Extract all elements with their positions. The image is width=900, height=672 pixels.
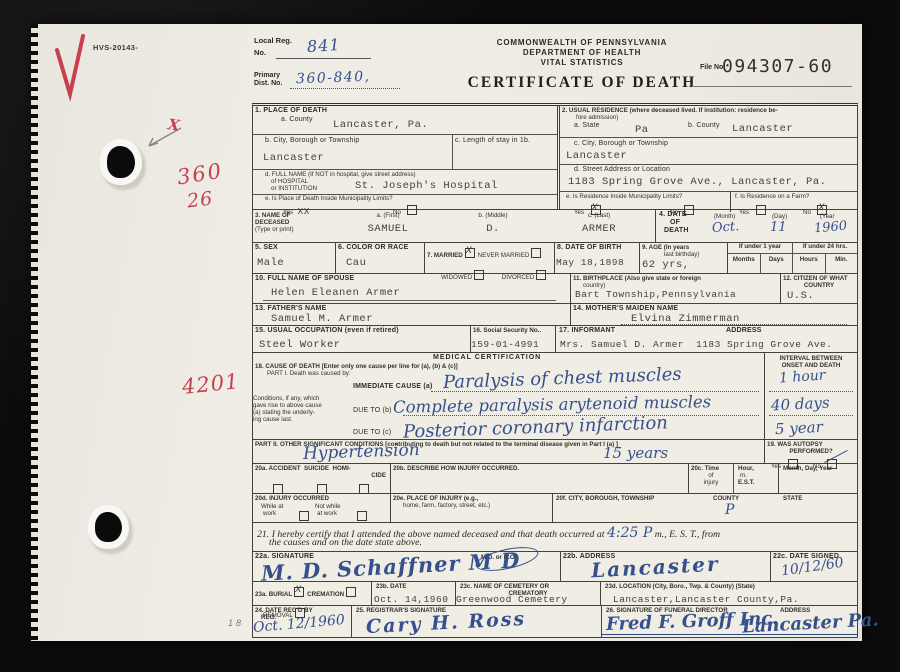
part2-interval: 15 years <box>603 444 668 462</box>
section-7-marital-status: 7. MARRIEDXNEVER MARRIED WIDOWED DIVORCE… <box>424 243 554 273</box>
s6-value: Cau <box>336 253 424 269</box>
s20f-label: 20f. CITY, BOROUGH, TOWNSHIP <box>556 495 654 502</box>
row-part2-autopsy: PART II. OTHER SIGNIFICANT CONDITIONS [c… <box>253 440 857 464</box>
s20c-injury-label: injury <box>689 479 733 486</box>
s7-married-label: 7. MARRIED <box>427 252 463 259</box>
s9-months-label: Months <box>733 256 755 263</box>
primary-dist-label: Primary Dist. No. <box>254 72 282 88</box>
s20f-stray-mark: P <box>725 502 734 518</box>
s11-value: Bart Township,Pennsylvania <box>575 289 736 300</box>
form-code: HVS-20143- <box>93 43 138 52</box>
s6-title: 6. COLOR OR RACE <box>336 243 424 253</box>
row-name-dateofdeath: 3. NAME OF DECEASED (Type or print) a. (… <box>253 210 857 243</box>
part2-conditions: PART II. OTHER SIGNIFICANT CONDITIONS [c… <box>253 440 764 463</box>
s4-month-value: Oct. <box>712 219 740 236</box>
s20a-suicide-checkbox <box>317 484 327 494</box>
section-21-certify: 21. I hereby certify that I attended the… <box>253 523 857 552</box>
s2b-value: Lancaster <box>732 123 793 135</box>
row-sex-race-marital-birth-age: 5. SEX Male 6. COLOR OR RACE Cau 7. MARR… <box>253 243 857 274</box>
s21-text-3: the causes and on the date state above. <box>269 537 422 548</box>
s26-pen-underline <box>602 634 857 635</box>
s2e-label: e. Is Residence Inside Municipality Limi… <box>566 193 682 200</box>
s3c-label: c. (Last) <box>543 212 655 219</box>
section-26-funeral-director: 26. SIGNATURE OF FUNERAL DIRECTOR ADDRES… <box>601 606 857 637</box>
s20c-of-label: of <box>689 472 733 479</box>
section-15-occupation: 15. USUAL OCCUPATION (even if retired) S… <box>253 326 470 352</box>
s19-label-2: PERFORMED? <box>789 448 832 455</box>
s23c-value: Greenwood Cemetery <box>456 594 568 605</box>
row-place-residence: 1. PLACE OF DEATH a. County Lancaster, P… <box>253 106 857 210</box>
cause-c-value: Posterior coronary infarction <box>403 412 668 442</box>
s4-title1: 4. DATE <box>659 211 687 218</box>
section-12-citizen: 12. CITIZEN OF WHAT COUNTRY U.S. <box>780 274 857 303</box>
s4-day-value: 11 <box>770 220 787 235</box>
interval-column: INTERVAL BETWEEN ONSET AND DEATH 1 hour … <box>764 353 857 439</box>
scan-background: HVS-20143- X 360 26 4201 18 Local Reg. N… <box>0 0 900 672</box>
s3a-label: a. (First) <box>333 212 443 219</box>
s18-note-3: (a) stating the underly- <box>253 409 315 416</box>
s18-note-1: Conditions, if any, which <box>253 395 319 402</box>
s7-never-checkbox <box>531 248 541 258</box>
s2a-label: a. State <box>574 122 600 131</box>
s20a-homi-label: HOMI- <box>333 465 351 472</box>
s7-never-label: NEVER MARRIED <box>478 252 530 259</box>
s4-title2: OF <box>670 219 680 226</box>
s23b-label: 23b. DATE <box>376 583 406 590</box>
section-25-registrar-signature: 25. REGISTRAR'S SIGNATURE Cary H. Ross <box>351 606 601 637</box>
cause-a-value: Paralysis of chest muscles <box>443 364 682 393</box>
s9-days-label: Days <box>769 256 784 263</box>
s1a-label: a. County <box>281 116 313 125</box>
section-20b-describe-injury: 20b. DESCRIBE HOW INJURY OCCURRED. <box>390 464 688 493</box>
row-23-burial: 23a. BURIALXCREMATION REMOVAL 23b. DATE … <box>253 582 857 606</box>
immediate-cause-label: IMMEDIATE CAUSE (a) <box>353 383 433 390</box>
s23a-burial-mark: X <box>295 585 301 596</box>
primary-dist-value: 360-840, <box>296 69 371 88</box>
local-reg-line <box>276 58 371 59</box>
s23a-burial-label: 23a. BURIAL <box>255 591 292 598</box>
s18-side-note: Conditions, if any, which gave rise to a… <box>253 395 347 423</box>
s23a-burial-checkbox: X <box>294 587 304 597</box>
s20d-notwhile-2: at work <box>317 510 337 517</box>
s3-title3: (Type or print) <box>255 226 333 233</box>
s17-address-value: 1183 Spring Grove Ave. <box>696 339 832 350</box>
section-18-medical-certification: INTERVAL BETWEEN ONSET AND DEATH 1 hour … <box>253 353 857 440</box>
s12-value: U.S. <box>787 290 814 302</box>
medical-certification-title: MEDICAL CERTIFICATION <box>433 354 541 361</box>
section-9-age: 9. AGE (In years last birthday) 62 yrs, <box>639 243 727 273</box>
section-20c-dates: Month, Day, Year <box>778 464 857 493</box>
due-to-b-label: DUE TO (b) <box>353 407 392 416</box>
part2-value: Hypertension <box>303 440 420 464</box>
section-5-sex: 5. SEX Male <box>253 243 335 273</box>
punch-hole-top <box>107 146 135 178</box>
section-9-age-subtable: If under 1 year If under 24 hrs. Months … <box>727 243 857 273</box>
s24-label-1: 24. DATE REC'D BY <box>255 607 313 614</box>
section-22a-signature: 22a. SIGNATURE M.D. or D.O. M. D. Schaff… <box>253 552 560 581</box>
section-22c-date-signed: 22c. DATE SIGNED 10/12/60 <box>770 552 857 581</box>
s15-title: 15. USUAL OCCUPATION (even if retired) <box>253 326 470 336</box>
s20e-label-2: home, farm, factory, street, etc.) <box>391 502 552 509</box>
section-24-date-recd: 24. DATE REC'D BY REG. Oct. 12/1960 <box>253 606 351 637</box>
s3c-value: ARMER <box>543 223 655 235</box>
s17-address-label: ADDRESS <box>726 327 762 336</box>
interval-header-1: INTERVAL BETWEEN <box>780 355 843 362</box>
s7-married-checkbox: X <box>465 248 475 258</box>
s3b-value: D. <box>443 223 543 235</box>
commonwealth-block: COMMONWEALTH OF PENNSYLVANIA DEPARTMENT … <box>432 38 732 68</box>
due-to-c-label: DUE TO (c) <box>353 429 391 438</box>
section-23b-date: 23b. DATE Oct. 14,1960 <box>371 582 455 605</box>
s20c-month-day-year: Month, Day, Year <box>783 465 832 472</box>
primary-dist-line <box>290 88 400 89</box>
death-certificate-form: Local Reg. No. 841 Primary Dist. No. 360… <box>252 30 858 103</box>
s10-value: Helen Eleanen Armer <box>271 287 400 299</box>
s20e-label-1: 20e. PLACE OF INJURY (e.g., <box>393 495 478 502</box>
s4-title3: DEATH <box>664 227 689 234</box>
s2-title2: fore admission) <box>576 114 618 121</box>
interval-b-value: 40 days <box>771 393 830 414</box>
s3-title1: 3. NAME OF <box>255 212 290 219</box>
section-23a-burial: 23a. BURIALXCREMATION REMOVAL <box>253 582 371 605</box>
s12-title1: 12. CITIZEN OF WHAT <box>783 275 848 282</box>
s2d-value: 1183 Spring Grove Ave., Lancaster, Pa. <box>568 176 826 188</box>
s20d-while-1: While at <box>261 503 283 510</box>
section-3-name-of-deceased: 3. NAME OF DECEASED (Type or print) a. (… <box>253 210 655 242</box>
primary-label: Primary <box>254 72 280 79</box>
row-24-registrar: 24. DATE REC'D BY REG. Oct. 12/1960 25. … <box>253 606 857 637</box>
row-spouse-birthplace-citizen: 10. FULL NAME OF SPOUSE Helen Eleanen Ar… <box>253 274 857 304</box>
commonwealth-line: COMMONWEALTH OF PENNSYLVANIA <box>497 38 667 47</box>
s20c-est-label: E.S.T. <box>738 479 755 486</box>
s20b-label: 20b. DESCRIBE HOW INJURY OCCURRED. <box>393 465 519 472</box>
s3b-label: b. (Middle) <box>443 212 543 219</box>
torn-edge <box>31 24 38 641</box>
section-20a-accident: 20a. ACCIDENT SUICIDE HOMI- CIDE <box>253 464 390 493</box>
row-occupation-ssn-informant: 15. USUAL OCCUPATION (even if retired) S… <box>253 326 857 353</box>
interval-c-value: 5 year <box>775 418 824 438</box>
s1b-value: Lancaster <box>263 152 324 164</box>
s1d-value: St. Joseph's Hospital <box>355 180 498 192</box>
section-20d-injury-occurred: 20d. INJURY OCCURRED While at work Not w… <box>253 494 390 522</box>
s18-line1: 18. CAUSE OF DEATH [Enter only one cause… <box>255 363 458 370</box>
file-no-value: 094307-60 <box>722 56 833 77</box>
s12-title2: COUNTRY <box>804 282 834 289</box>
s5-value: Male <box>253 253 335 269</box>
s2f-label: f. Is Residence on a Farm? <box>735 193 809 200</box>
interval-a-value: 1 hour <box>778 367 826 386</box>
row-father-mother: 13. FATHER'S NAME Samuel M. Armer 14. MO… <box>253 304 857 326</box>
s18-line2: PART I. Death was caused by: <box>267 370 351 377</box>
local-reg-value: 841 <box>306 35 341 56</box>
section-13-father: 13. FATHER'S NAME Samuel M. Armer <box>253 304 570 325</box>
section-23d-location: 23d. LOCATION (City, Boro., Twp. & Count… <box>600 582 857 605</box>
s1a-value: Lancaster, Pa. <box>333 119 428 131</box>
section-19-autopsy: 19. WAS AUTOPSY PERFORMED? Yes No <box>764 440 857 463</box>
s11-title2: country) <box>571 282 780 289</box>
section-2-usual-residence: 2. USUAL RESIDENCE (where deceased lived… <box>557 106 857 209</box>
s23a-cremation-checkbox <box>346 587 356 597</box>
s20a-accident-checkbox <box>273 484 283 494</box>
s3-title2: DECEASED <box>255 219 289 226</box>
s20d-atwork-checkbox <box>299 511 309 521</box>
s20c-time-label: 20c. Time <box>691 465 719 472</box>
s21-text-2: m., E. S. T., from <box>655 529 720 540</box>
punch-hole-bottom <box>95 512 122 542</box>
s17-title: 17. INFORMANT <box>559 327 615 336</box>
s11-title1: 11. BIRTHPLACE (Also give state or forei… <box>573 275 701 282</box>
s2a-value: Pa <box>635 124 649 136</box>
s20a-suicide-label: SUICIDE <box>304 465 329 472</box>
margin-note-4201: 4201 <box>181 369 241 399</box>
s3a-value: SAMUEL <box>333 223 443 235</box>
section-10-spouse: 10. FULL NAME OF SPOUSE Helen Eleanen Ar… <box>253 274 570 303</box>
margin-note-26: 26 <box>186 187 215 212</box>
s8-value: May 18,1898 <box>555 253 639 268</box>
s1d-label2: of HOSPITAL <box>271 178 308 185</box>
section-20c-time-of-injury: 20c. Time of injury Hour, m. E.S.T. <box>688 464 778 493</box>
dist-no-label: Dist. No. <box>254 80 282 87</box>
s2d-label: d. Street Address or Location <box>574 166 670 175</box>
section-11-birthplace: 11. BIRTHPLACE (Also give state or forei… <box>570 274 780 303</box>
s2c-value: Lancaster <box>566 150 627 162</box>
row-20-injury-bottom: 20d. INJURY OCCURRED While at work Not w… <box>253 494 857 523</box>
s9-min-label: Min. <box>835 256 847 263</box>
section-23c-cemetery: 23c. NAME OF CEMETERY OR CREMATORY Green… <box>455 582 600 605</box>
s1c-label: c. Length of stay in 1b. <box>455 137 555 146</box>
s23b-value: Oct. 14,1960 <box>374 594 448 605</box>
section-16-ssn: 16. Social Security No.. 159-01-4991 <box>470 326 555 352</box>
s20a-cide-label: CIDE <box>371 472 386 479</box>
s1b-label: b. City, Borough or Township <box>265 137 359 146</box>
section-6-color-race: 6. COLOR OR RACE Cau <box>335 243 424 273</box>
s5-title: 5. SEX <box>253 243 335 253</box>
s20a-homicide-checkbox <box>359 484 369 494</box>
s21-time-value: 4:25 P <box>607 525 652 541</box>
s20c-m-label: m. <box>734 472 778 479</box>
margin-note-360: 360 <box>175 159 224 190</box>
section-4-date-of-death: 4. DATE OF DEATH (Month) (Day) (Year Oct… <box>655 210 857 242</box>
s16-value: 159-01-4991 <box>471 339 539 350</box>
section-20e-place-of-injury: 20e. PLACE OF INJURY (e.g., home, farm, … <box>390 494 552 522</box>
form-grid: 1. PLACE OF DEATH a. County Lancaster, P… <box>252 103 858 638</box>
s20d-notwhile-1: Not while <box>315 503 340 510</box>
s16-title: 16. Social Security No.. <box>473 327 541 334</box>
section-14-mother: 14. MOTHER'S MAIDEN NAME Elvina Zimmerma… <box>570 304 857 325</box>
s1-title: 1. PLACE OF DEATH <box>255 107 327 116</box>
margin-note-pencil: 18 <box>228 618 244 628</box>
s9-hours-label: Hours <box>800 256 818 263</box>
s4-day-label: (Day) <box>772 213 787 220</box>
margin-note-x: X <box>167 115 181 134</box>
vital-statistics-line: VITAL STATISTICS <box>541 58 624 67</box>
local-reg-label: Local Reg. <box>254 36 292 45</box>
s20f-county-label: COUNTY <box>713 495 739 502</box>
section-17-informant: 17. INFORMANT ADDRESS Mrs. Samuel D. Arm… <box>555 326 857 352</box>
s4-year-value: 1960 <box>813 219 847 237</box>
s8-title: 8. DATE OF BIRTH <box>555 243 639 253</box>
s1d-label1: d. FULL NAME (If NOT in hospital, give s… <box>265 171 416 178</box>
s23c-label-1: 23c. NAME OF CEMETERY OR <box>460 583 549 590</box>
s20d-notatwork-checkbox <box>357 511 367 521</box>
row-22-signature: 22a. SIGNATURE M.D. or D.O. M. D. Schaff… <box>253 552 857 582</box>
s20f-state-label: STATE <box>783 495 802 502</box>
s23d-label: 23d. LOCATION (City, Boro., Twp. & Count… <box>605 583 755 590</box>
section-20f-city-county-state: 20f. CITY, BOROUGH, TOWNSHIP COUNTY STAT… <box>552 494 857 522</box>
s20d-label: 20d. INJURY OCCURRED <box>255 495 329 502</box>
s9-value: 62 yrs, <box>640 258 727 271</box>
s1d-label3: or INSTITUTION <box>271 185 317 192</box>
s7-married-mark: X <box>466 246 472 257</box>
s10-title: 10. FULL NAME OF SPOUSE <box>253 274 570 284</box>
s9-title2: last birthday) <box>640 251 727 258</box>
file-no-rule <box>692 86 852 87</box>
s18-note-4: ing cause last. <box>253 416 293 423</box>
s2c-label: c. City, Borough or Township <box>574 140 668 149</box>
s20a-accident-label: 20a. ACCIDENT <box>255 465 301 472</box>
s23a-cremation-label: CREMATION <box>307 591 344 598</box>
s2b-label: b. County <box>688 122 720 131</box>
s9-title1: 9. AGE (In years <box>642 244 689 251</box>
section-1-place-of-death: 1. PLACE OF DEATH a. County Lancaster, P… <box>253 106 557 209</box>
s9-under24-header: If under 24 hrs. <box>803 243 847 250</box>
s18-note-2: gave rise to above cause <box>253 402 322 409</box>
section-22b-address: 22b. ADDRESS Lancaster <box>560 552 770 581</box>
form-header: Local Reg. No. 841 Primary Dist. No. 360… <box>252 30 858 103</box>
s19-label-1: 19. WAS AUTOPSY <box>767 441 823 448</box>
local-reg-no-label: No. <box>254 48 266 57</box>
s15-value: Steel Worker <box>259 339 341 351</box>
department-line: DEPARTMENT OF HEALTH <box>523 48 641 57</box>
certificate-paper: HVS-20143- X 360 26 4201 18 Local Reg. N… <box>35 24 862 641</box>
s9-under1-header: If under 1 year <box>739 243 781 250</box>
s2-title1: 2. USUAL RESIDENCE (where deceased lived… <box>562 107 778 114</box>
s23d-value: Lancaster,Lancaster County,Pa. <box>613 594 799 605</box>
section-8-date-of-birth: 8. DATE OF BIRTH May 18,1898 <box>554 243 639 273</box>
row-20-injury-top: 20a. ACCIDENT SUICIDE HOMI- CIDE 20b. DE… <box>253 464 857 494</box>
s13-value: Samuel M. Armer <box>271 313 373 325</box>
certificate-title: CERTIFICATE OF DEATH <box>432 74 732 92</box>
s20c-hour-label: Hour, <box>738 465 754 472</box>
red-checkmark-annotation <box>53 32 93 102</box>
s17-value: Mrs. Samuel D. Armer <box>560 339 684 350</box>
s20d-while-2: work <box>263 510 276 517</box>
